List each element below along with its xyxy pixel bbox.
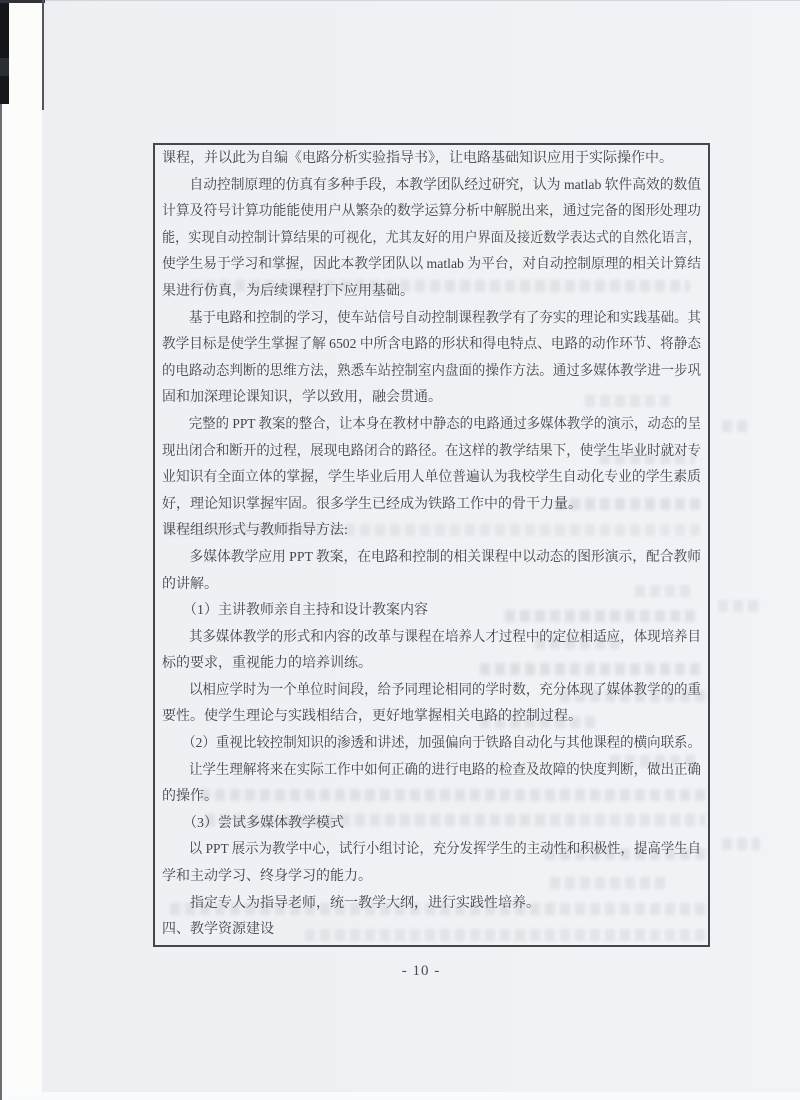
text-line: 课程，并以此为自编《电路分析实验指导书》，让电路基础知识应用于实际操作中。 [162,146,701,173]
text-line: 要性。使学生理论与实践相结合，更好地掌握相关电路的控制过程。 [162,704,701,731]
scanner-corner-artifact [0,0,9,104]
page-number: - 10 - [42,963,800,985]
text-line: 学和主动学习、终身学习的能力。 [162,864,701,891]
table-cell: 课程，并以此为自编《电路分析实验指导书》，让电路基础知识应用于实际操作中。 自动… [153,143,710,947]
bleedthrough-text-ghost [722,838,760,850]
bleedthrough-text-ghost [718,600,758,612]
scanner-top-edge [0,0,45,3]
text-line: （2）重视比较控制知识的渗透和讲述，加强偏向于铁路自动化与其他课程的横向联系。 [162,731,701,758]
text-line: 自动控制原理的仿真有多种手段，本教学团队经过研究，认为 matlab 软件高效的… [162,173,701,200]
text-line: 基于电路和控制的学习，使车站信号自动控制课程教学有了夯实的理论和实践基础。其 [162,306,701,333]
text-line: 现出闭合和断开的过程，展现电路闭合的路径。在这样的教学结果下，使学生毕业时就对专 [162,439,701,466]
text-line: 能，实现自动控制计算结果的可视化，尤其友好的用户界面及接近数学表达式的自然化语言… [162,226,701,253]
text-line: 多媒体教学应用 PPT 教案，在电路和控制的相关课程中以动态的图形演示，配合教师 [162,545,701,572]
text-line: 固和加深理论课知识，学以致用，融会贯通。 [162,385,701,412]
text-line: 以 PPT 展示为教学中心，试行小组讨论，充分发挥学生的主动性和积极性，提高学生… [162,837,701,864]
text-line: 其多媒体教学的形式和内容的改革与课程在培养人才过程中的定位相适应，体现培养目 [162,625,701,652]
scanned-page: 课程，并以此为自编《电路分析实验指导书》，让电路基础知识应用于实际操作中。 自动… [0,0,800,1100]
text-line: 业知识有全面立体的掌握，学生毕业后用人单位普遍认为我校学生自动化专业的学生素质 [162,465,701,492]
page-top-hairline [45,0,800,1]
text-line: 使学生易于学习和掌握，因此本教学团队以 matlab 为平台，对自动控制原理的相… [162,252,701,279]
text-line: 计算及符号计算功能能使用户从繁杂的数学运算分析中解脱出来，通过完备的图形处理功 [162,199,701,226]
text-line: 四、教学资源建设 [162,917,701,944]
text-line: （3）尝试多媒体教学模式 [162,811,701,838]
page-left-margin-strip [2,0,42,1100]
scanner-left-edge [0,0,2,1100]
text-line: 以相应学时为一个单位时间段，给予同理论相同的学时数，充分体现了媒体教学的的重 [162,678,701,705]
text-line: 好，理论知识掌握牢固。很多学生已经成为铁路工作中的骨干力量。 [162,492,701,519]
text-line: 指定专人为指导老师，统一教学大纲，进行实践性培养。 [162,891,701,918]
text-line: （1）主讲教师亲自主持和设计教案内容 [162,598,701,625]
text-line: 果进行仿真，为后续课程打下应用基础。 [162,279,701,306]
text-line: 的讲解。 [162,572,701,599]
text-line: 的电路动态判断的思维方法，熟悉车站控制室内盘面的操作方法。通过多媒体教学进一步巩 [162,359,701,386]
text-line: 标的要求，重视能力的培养训练。 [162,651,701,678]
text-line: 教学目标是使学生掌握了解 6502 中所含电路的形状和得电特点、电路的动作环节、… [162,332,701,359]
page-bottom-band [2,1092,800,1100]
text-line: 课程组织形式与教师指导方法: [162,518,701,545]
text-line: 的操作。 [162,784,701,811]
text-line: 让学生理解将来在实际工作中如何正确的进行电路的检查及故障的快度判断，做出正确 [162,758,701,785]
scanner-edge-line [42,0,44,110]
bleedthrough-text-ghost [722,420,752,432]
text-line: 完整的 PPT 教案的整合，让本身在教材中静态的电路通过多媒体教学的演示，动态的… [162,412,701,439]
